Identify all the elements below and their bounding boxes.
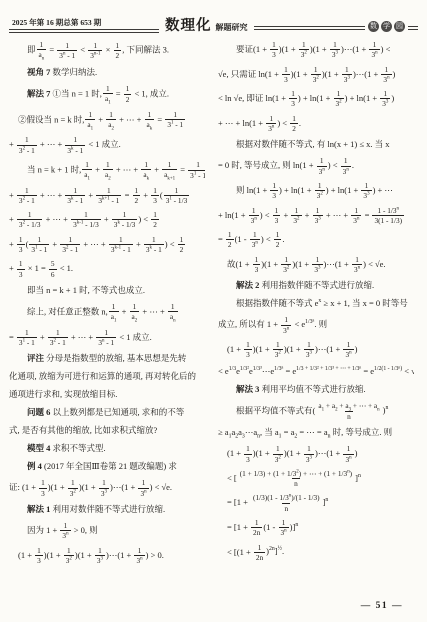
fraction-denominator: a1 — [82, 169, 92, 179]
fraction-denominator: 3k-1 - 1 — [109, 244, 133, 253]
fraction: 13n — [134, 547, 144, 565]
fraction-denominator: a2 — [103, 169, 113, 179]
text-line: + 132 - 1 + ⋯ + 13k - 1 < 1 成立. — [9, 136, 205, 154]
fraction-denominator: 3 — [244, 349, 252, 358]
text-run: )⋯(1 + — [315, 448, 342, 458]
fraction-numerator: 1 — [371, 41, 379, 49]
text-run: )⋯(1 + — [106, 549, 133, 559]
text-run: × — [103, 44, 112, 54]
fraction-numerator: 1 — [110, 303, 118, 311]
fraction: 12n — [251, 519, 262, 537]
text-run: 数学归纳法. — [50, 67, 97, 77]
text-run: + ⋯ + — [117, 114, 144, 124]
fraction-numerator: 1 — [282, 256, 290, 264]
text-run: 成立, 所以有 1 + — [218, 319, 280, 329]
fraction: 13n — [266, 115, 276, 133]
journal-title-main: 数理化 — [165, 17, 212, 35]
journal-page: 2025 年第 16 期总第 653 期 数理化 解题研究 数学园 即1an =… — [0, 0, 427, 622]
text-run: 则 ln(1 + — [236, 185, 269, 195]
fraction-numerator: 1 — [121, 211, 129, 219]
text-run: )]n — [290, 522, 299, 532]
fraction-denominator: 3n — [341, 166, 351, 175]
fraction: 132 — [273, 341, 283, 359]
fraction-denominator: 3n — [381, 74, 391, 83]
text-line: 综上, 对任意正整数 n,1a1 + 1a2 + ⋯ + 1an — [9, 303, 205, 322]
text-run: √e, 只需证 ln(1 + — [218, 68, 281, 78]
text-line: + ln(1 + 13n) < 13 + 132 + 133 + ⋯ + 13n… — [218, 207, 414, 225]
text-line: 解法 7 ①当 n = 1 时,1a1 = 12 < 1, 成立. — [9, 85, 205, 104]
text-run: + — [303, 209, 312, 219]
fraction-denominator: 2 — [151, 219, 159, 228]
fraction: 13 — [17, 236, 25, 254]
fraction: 132 — [281, 256, 291, 274]
fraction-denominator: 3n - 1 — [57, 50, 77, 59]
text-run: )(1 + — [310, 44, 329, 54]
text-line: 证: (1 + 13)(1 + 132)(1 + 133)⋯(1 + 13n) … — [9, 479, 205, 497]
fraction: 1a2 — [106, 111, 116, 130]
text-run: )(1 + — [79, 482, 98, 492]
fraction-denominator: ak+1 — [162, 169, 177, 179]
fraction-denominator: 3(1 - 1/3) — [372, 215, 404, 224]
fraction-numerator: 1 — [274, 341, 282, 349]
text-run: 通项进行求和, 实现放缩目标. — [9, 389, 117, 399]
text-run: = — [178, 164, 187, 174]
fraction: 13n — [249, 207, 259, 225]
fraction-numerator: 1 — [104, 85, 112, 93]
fraction: 1a2 — [103, 161, 113, 180]
fraction-denominator: 3 — [270, 49, 278, 58]
text-run: )(1 + — [279, 44, 298, 54]
fraction-denominator: n — [345, 411, 353, 420]
fraction-numerator: 1 — [151, 211, 159, 219]
fraction-numerator: 1 — [342, 157, 350, 165]
fraction: 13n — [351, 207, 361, 225]
text-line: = 0 时, 等号成立, 则 ln(1 + 13n) < 13n. — [218, 157, 414, 175]
text-run: ) < — [261, 234, 273, 244]
fraction-numerator: 1 — [331, 41, 339, 49]
fraction-denominator: 32 — [334, 98, 344, 107]
fraction-numerator: 1 — [72, 187, 80, 195]
text-run: ①当 n = 1 时, — [50, 88, 102, 98]
fraction: 13k-1 - 1 — [109, 236, 133, 254]
fraction-numerator: 1 — [17, 236, 25, 244]
fraction: 132 — [334, 90, 344, 108]
fraction: 1 - 1/3n3(1 - 1/3) — [372, 207, 404, 225]
fraction: 12 — [290, 115, 298, 133]
fraction: 13k - 1 — [65, 136, 85, 154]
text-run: )(1 + — [284, 344, 303, 354]
fraction-numerator: a1 + a2 + a3 + ⋯ + an — [316, 402, 381, 411]
text-run: , 下同解法 3. — [122, 44, 169, 54]
text-run: ( — [26, 239, 29, 249]
text-run: (2017 年全国Ⅲ卷第 21 题改编题) 求 — [42, 461, 177, 471]
text-line: + ⋯ + ln(1 + 13n) < 12. — [218, 115, 414, 133]
fraction-denominator: 32 - 1 — [60, 244, 80, 253]
bold-label: 问题 6 — [27, 407, 50, 417]
text-run: = — [47, 44, 56, 54]
fraction: 131 - 1/3 — [164, 187, 190, 205]
fraction: 131 - 1 — [29, 236, 49, 254]
fraction: 1a1 — [85, 111, 95, 130]
fraction: 12n — [254, 544, 265, 562]
fraction-numerator: 1 — [353, 256, 361, 264]
fraction-denominator: 3 — [273, 215, 281, 224]
fraction: 13k - 1 — [144, 236, 164, 254]
fraction-numerator: 1 — [194, 161, 202, 169]
fraction-numerator: 1 - 1/3n — [375, 207, 401, 215]
issue-text: 2025 年第 16 期总第 653 期 — [9, 18, 159, 29]
fraction-numerator: 1 — [107, 111, 115, 119]
fraction-denominator: 32 — [291, 215, 301, 224]
text-run: )⋯(1 + — [110, 482, 137, 492]
journal-badge: 数 — [368, 21, 379, 32]
fraction: 133 — [313, 207, 323, 225]
fraction: 13n — [281, 316, 291, 334]
text-run: + ⋯ + — [324, 209, 351, 219]
fraction-numerator: 1 — [66, 236, 74, 244]
right-column: 要证(1 + 13)(1 + 132)(1 + 133)⋯(1 + 13n) <… — [218, 41, 414, 571]
journal-badges: 数学园 — [365, 21, 408, 32]
text-run: 综上, 对任意正整数 n, — [27, 306, 108, 316]
fraction-denominator: 3k+1 - 1 — [96, 195, 121, 204]
fraction: 13 — [282, 66, 290, 84]
fraction: 132 — [273, 445, 283, 463]
text-run: )(1 + — [253, 344, 272, 354]
text-run: )2n]½. — [266, 546, 284, 556]
fraction-numerator: (1/3)(1 - 1/3n)/(1 - 1/3) — [251, 494, 322, 502]
text-run: = — [114, 88, 123, 98]
text-run: )(1 + — [292, 259, 311, 269]
text-line: + 132 - 1 + ⋯ + 13k - 1 + 13k+1 - 1 = 12… — [9, 187, 205, 205]
fraction-numerator: 1 — [35, 547, 43, 555]
text-line: 故(1 + 13)(1 + 132)(1 + 133)⋯(1 + 13n) < … — [218, 256, 414, 274]
fraction-denominator: 31 - 1 — [165, 119, 185, 128]
fraction: 13k - 1/3 — [112, 211, 138, 229]
fraction-numerator: 1 — [82, 211, 90, 219]
fraction-denominator: 3n — [281, 325, 291, 334]
fraction: 133 — [361, 182, 371, 200]
text-run: = 0 时, 等号成立, 则 ln(1 + — [218, 160, 316, 170]
text-run: 求积不等式型. — [50, 443, 105, 453]
text-line: 解法 2 利用指数伴随不等式进行放缩. — [218, 280, 414, 291]
fraction-numerator: 1 — [114, 42, 122, 50]
text-run: )⋯(1 + — [315, 344, 342, 354]
fraction-numerator: 1 — [345, 341, 353, 349]
text-line: = 131 - 1 + 132 - 1 + ⋯ + 13n - 1 < 1 成立… — [9, 329, 205, 347]
fraction: 132 — [315, 182, 325, 200]
fraction-denominator: 3 — [17, 244, 25, 253]
text-run: )(1 + — [75, 549, 94, 559]
fraction-numerator: 1 — [270, 182, 278, 190]
fraction-denominator: 3n — [343, 454, 353, 463]
fraction-numerator: 1 — [92, 42, 100, 50]
text-run: )(1 + — [253, 448, 272, 458]
issue-info: 2025 年第 16 期总第 653 期 — [9, 18, 159, 33]
journal-badge: 园 — [394, 21, 405, 32]
fraction: 13 — [244, 341, 252, 359]
text-run: 根据对数伴随不等式, 有 ln(x + 1) ≤ x. 当 x — [236, 139, 389, 149]
text-run: ) < — [138, 214, 150, 224]
text-run: ≥ a1a2a3⋯an, 当 a1 = a2 = ⋯ = an 时, 等号成立.… — [218, 427, 392, 437]
text-run: > 0, 则 — [72, 525, 98, 535]
fraction: 1ak — [145, 111, 155, 130]
text-run: ]n — [355, 473, 361, 483]
text-line: (1 + 13)(1 + 132)(1 + 133)⋯(1 + 13n) — [218, 445, 414, 463]
fraction-numerator: 1 — [274, 445, 282, 453]
fraction-numerator: 1 — [133, 187, 141, 195]
fraction-numerator: 1 — [273, 207, 281, 215]
fraction-numerator: 1 — [305, 445, 313, 453]
fraction: 13k+1 - 1 — [96, 187, 121, 205]
fraction-denominator: 2 — [114, 50, 122, 59]
fraction: 13n-1 — [88, 42, 102, 60]
fraction: 13n — [60, 522, 70, 540]
bold-label: 解法 7 — [27, 88, 50, 98]
fraction-denominator: 32 — [273, 349, 283, 358]
text-run: 利用对数伴随不等式进行放缩. — [50, 504, 165, 514]
fraction: 12 — [274, 231, 282, 249]
fraction-numerator: 1 — [293, 207, 301, 215]
fraction-numerator: 1 — [83, 161, 91, 169]
text-run: 证: (1 + — [9, 482, 38, 492]
text-run: 利用平均值不等式进行放缩. — [259, 384, 365, 394]
fraction-denominator: a2 — [130, 311, 140, 321]
fraction: 13n — [352, 256, 362, 274]
fraction: 12 — [124, 85, 132, 103]
text-run: < [ — [227, 473, 237, 483]
fraction: 133 — [380, 90, 390, 108]
text-line: 通项进行求和, 实现放缩目标. — [9, 389, 205, 400]
fraction-numerator: 1 — [63, 42, 71, 50]
text-run: + — [38, 331, 47, 341]
fraction: (1/3)(1 - 1/3n)/(1 - 1/3)n — [251, 494, 322, 512]
fraction-numerator: 1 — [274, 231, 282, 239]
fraction: 13 — [35, 547, 43, 565]
fraction-denominator: 3 — [35, 555, 43, 564]
text-line: < [(1 + 1/3) + (1 + 1/32) + ⋯ + (1 + 1/3… — [218, 470, 414, 488]
fraction-numerator: 1 — [124, 85, 132, 93]
fraction: 132 - 1 — [48, 329, 68, 347]
fraction: 1an — [37, 41, 47, 60]
fraction-denominator: n — [282, 503, 290, 512]
text-run: ②假设当 n = k 时, — [18, 114, 84, 124]
fraction: 12 — [226, 231, 234, 249]
text-run: . — [352, 160, 354, 170]
text-line: = [1 + (1/3)(1 - 1/3n)/(1 - 1/3)n]n — [218, 494, 414, 512]
fraction: 13 — [253, 256, 261, 274]
fraction-denominator: 3n — [317, 166, 327, 175]
text-run: + — [9, 139, 16, 149]
page-number: — 51 — — [361, 601, 403, 613]
text-run: 以上数列都是已知通项, 求和的不等 — [50, 407, 184, 417]
text-run: < [(1 + — [227, 546, 253, 556]
fraction: 133 — [330, 41, 340, 59]
fraction: 13n — [138, 479, 148, 497]
fraction-denominator: 6 — [49, 269, 57, 278]
text-line: √e, 只需证 ln(1 + 13)(1 + 132)(1 + 133)⋯(1 … — [218, 66, 414, 84]
text-run: )⋯(1 + — [324, 259, 351, 269]
fraction-denominator: 32 — [315, 190, 325, 199]
text-run: + ⋯ + — [69, 331, 96, 341]
header-divider — [408, 26, 418, 30]
fraction-denominator: 2 — [290, 123, 298, 132]
text-run: + ⋯ + — [38, 139, 65, 149]
fraction: 132 — [299, 41, 309, 59]
text-run: (1 - — [263, 522, 277, 532]
fraction-numerator: 1 — [142, 161, 150, 169]
fraction-numerator: 1 — [131, 303, 139, 311]
fraction-denominator: 32 — [311, 74, 321, 83]
fraction-denominator: 31 - 1 — [188, 170, 205, 179]
text-run: ) < √e. — [363, 259, 385, 269]
text-line: 化通项, 放缩为可进行和运算的通项, 再对转化后的 — [9, 371, 205, 382]
fraction: 13n — [250, 231, 260, 249]
fraction: 12 — [133, 187, 141, 205]
text-run: 化通项, 放缩为可进行和运算的通项, 再对转化后的 — [9, 371, 196, 381]
fraction-denominator: 33 — [342, 74, 352, 83]
fraction-denominator: 31 - 1 — [29, 244, 49, 253]
text-run: ) < — [328, 160, 340, 170]
fraction-numerator: 1 — [280, 519, 288, 527]
fraction-numerator: 1 — [38, 41, 46, 49]
fraction: 13n - 1 — [57, 42, 77, 60]
text-run: = — [155, 114, 164, 124]
fraction-numerator: 1 — [104, 161, 112, 169]
fraction-numerator: 1 — [96, 547, 104, 555]
fraction-numerator: 1 — [171, 111, 179, 119]
text-run: 即 — [27, 44, 36, 54]
journal-title: 数理化 解题研究 — [159, 17, 254, 35]
fraction-numerator: 1 — [23, 329, 31, 337]
text-run: < ln √e, 即证 ln(1 + — [218, 93, 288, 103]
fraction: 133 — [342, 66, 352, 84]
fraction-denominator: 3 — [270, 190, 278, 199]
text-line: 模型 4 求积不等式型. — [9, 443, 205, 454]
fraction-denominator: 32 - 1 — [48, 337, 68, 346]
fraction-numerator: 1 — [72, 136, 80, 144]
fraction-denominator: 3 — [39, 488, 47, 497]
fraction-numerator: 1 — [345, 445, 353, 453]
fraction-denominator: a1 — [85, 119, 95, 129]
fraction-numerator: 1 — [39, 479, 47, 487]
fraction-numerator: 1 — [23, 187, 31, 195]
fraction-denominator: 31 - 1 — [17, 337, 37, 346]
fraction: a1 + a2 + a3 + ⋯ + ann — [316, 402, 381, 421]
text-run: = — [362, 209, 371, 219]
fraction-denominator: 3n — [343, 349, 353, 358]
text-run: ) + ln(1 + — [326, 185, 361, 195]
fraction-numerator: 1 — [23, 136, 31, 144]
fraction-denominator: 32 — [299, 49, 309, 58]
text-run: ]n — [323, 497, 329, 507]
text-run: + ⋯ + — [140, 306, 167, 316]
fraction-denominator: 3n-1 — [88, 50, 102, 59]
text-run: 故(1 + — [227, 259, 252, 269]
text-run: 根据平均值不等式有( — [236, 405, 315, 415]
text-run: )(1 + — [322, 68, 341, 78]
text-line: + 13(131 - 1 + 132 - 1 + ⋯ + 13k-1 - 1 +… — [9, 236, 205, 254]
fraction: 13n — [369, 41, 379, 59]
fraction: 12 — [114, 42, 122, 60]
bold-label: 解法 3 — [236, 384, 259, 394]
journal-badge: 学 — [381, 21, 392, 32]
text-run: 式, 是否有其他的缩放, 比如求积式缩放? — [9, 425, 157, 435]
fraction: 132 - 1 — [17, 136, 37, 154]
left-column: 即1an = 13n - 1 < 13n-1 × 12, 下同解法 3.视角 7… — [9, 41, 205, 571]
text-run: < 1. — [58, 263, 73, 273]
fraction-denominator: 3n — [369, 49, 379, 58]
fraction-denominator: a1 — [103, 93, 113, 103]
text-run: + — [86, 189, 95, 199]
text-run: ) < — [381, 44, 391, 54]
text-run: . — [299, 118, 301, 128]
fraction-denominator: an — [37, 49, 47, 59]
fraction-denominator: 33 — [304, 454, 314, 463]
fraction-numerator: 1 — [166, 161, 174, 169]
text-run: ) — [391, 93, 394, 103]
text-run: ) < √e. — [150, 482, 172, 492]
fraction-numerator: 1 — [267, 115, 275, 123]
fraction-numerator: 1 — [226, 231, 234, 239]
fraction-numerator: 1 — [300, 41, 308, 49]
fraction-numerator: 1 — [290, 115, 298, 123]
header-divider — [9, 29, 159, 33]
fraction-denominator: 3 — [151, 195, 159, 204]
text-line: 解法 3 利用平均值不等式进行放缩. — [218, 384, 414, 395]
fraction-numerator: 1 — [353, 207, 361, 215]
fraction-numerator: 1 — [318, 157, 326, 165]
fraction-numerator: 1 — [305, 341, 313, 349]
fraction-numerator: 1 — [250, 207, 258, 215]
text-run: )(1 + — [284, 448, 303, 458]
fraction-numerator: 1 — [251, 231, 259, 239]
fraction-denominator: 2 — [178, 244, 186, 253]
fraction-denominator: 2 — [124, 94, 132, 103]
text-line: < [(1 + 12n)2n]½. — [218, 544, 414, 562]
bold-label: 例 4 — [27, 461, 42, 471]
fraction-denominator: 32 - 1/3 — [17, 219, 43, 228]
text-run: + — [9, 189, 16, 199]
fraction-numerator: 1 — [316, 182, 324, 190]
fraction-denominator: 33 — [361, 190, 371, 199]
fraction: 133 — [304, 341, 314, 359]
text-line: 视角 7 数学归纳法. — [9, 67, 205, 78]
text-run: )(1 + — [44, 549, 63, 559]
text-line: 根据平均值不等式有(a1 + a2 + a3 + ⋯ + ann)n — [218, 402, 414, 421]
fraction-numerator: (1 + 1/3) + (1 + 1/32) + ⋯ + (1 + 1/3n) — [238, 470, 354, 478]
fraction-numerator: 1 — [282, 66, 290, 74]
text-run: )(1 + — [48, 482, 67, 492]
fraction: 13n — [279, 519, 289, 537]
fraction: 1a1 — [82, 161, 92, 180]
fraction-denominator: 3n — [249, 215, 259, 224]
fraction-numerator: 1 — [343, 66, 351, 74]
fraction-denominator: 33 — [95, 555, 105, 564]
fraction-denominator: 32 — [273, 454, 283, 463]
text-run: (1 + — [18, 549, 34, 559]
fraction: 13n — [381, 66, 391, 84]
fraction-denominator: 2n — [251, 527, 262, 536]
fraction-numerator: 1 — [253, 256, 261, 264]
text-run: < 1 成立. — [86, 139, 121, 149]
fraction-numerator: 1 — [270, 41, 278, 49]
text-run: + — [134, 239, 143, 249]
text-run: ) + ln(1 + — [345, 93, 380, 103]
fraction-denominator: 32 - 1 — [17, 195, 37, 204]
fraction-denominator: 2 — [133, 195, 141, 204]
fraction-numerator: 1 — [117, 236, 125, 244]
fraction: (1 + 1/3) + (1 + 1/32) + ⋯ + (1 + 1/3n)n — [238, 470, 354, 488]
